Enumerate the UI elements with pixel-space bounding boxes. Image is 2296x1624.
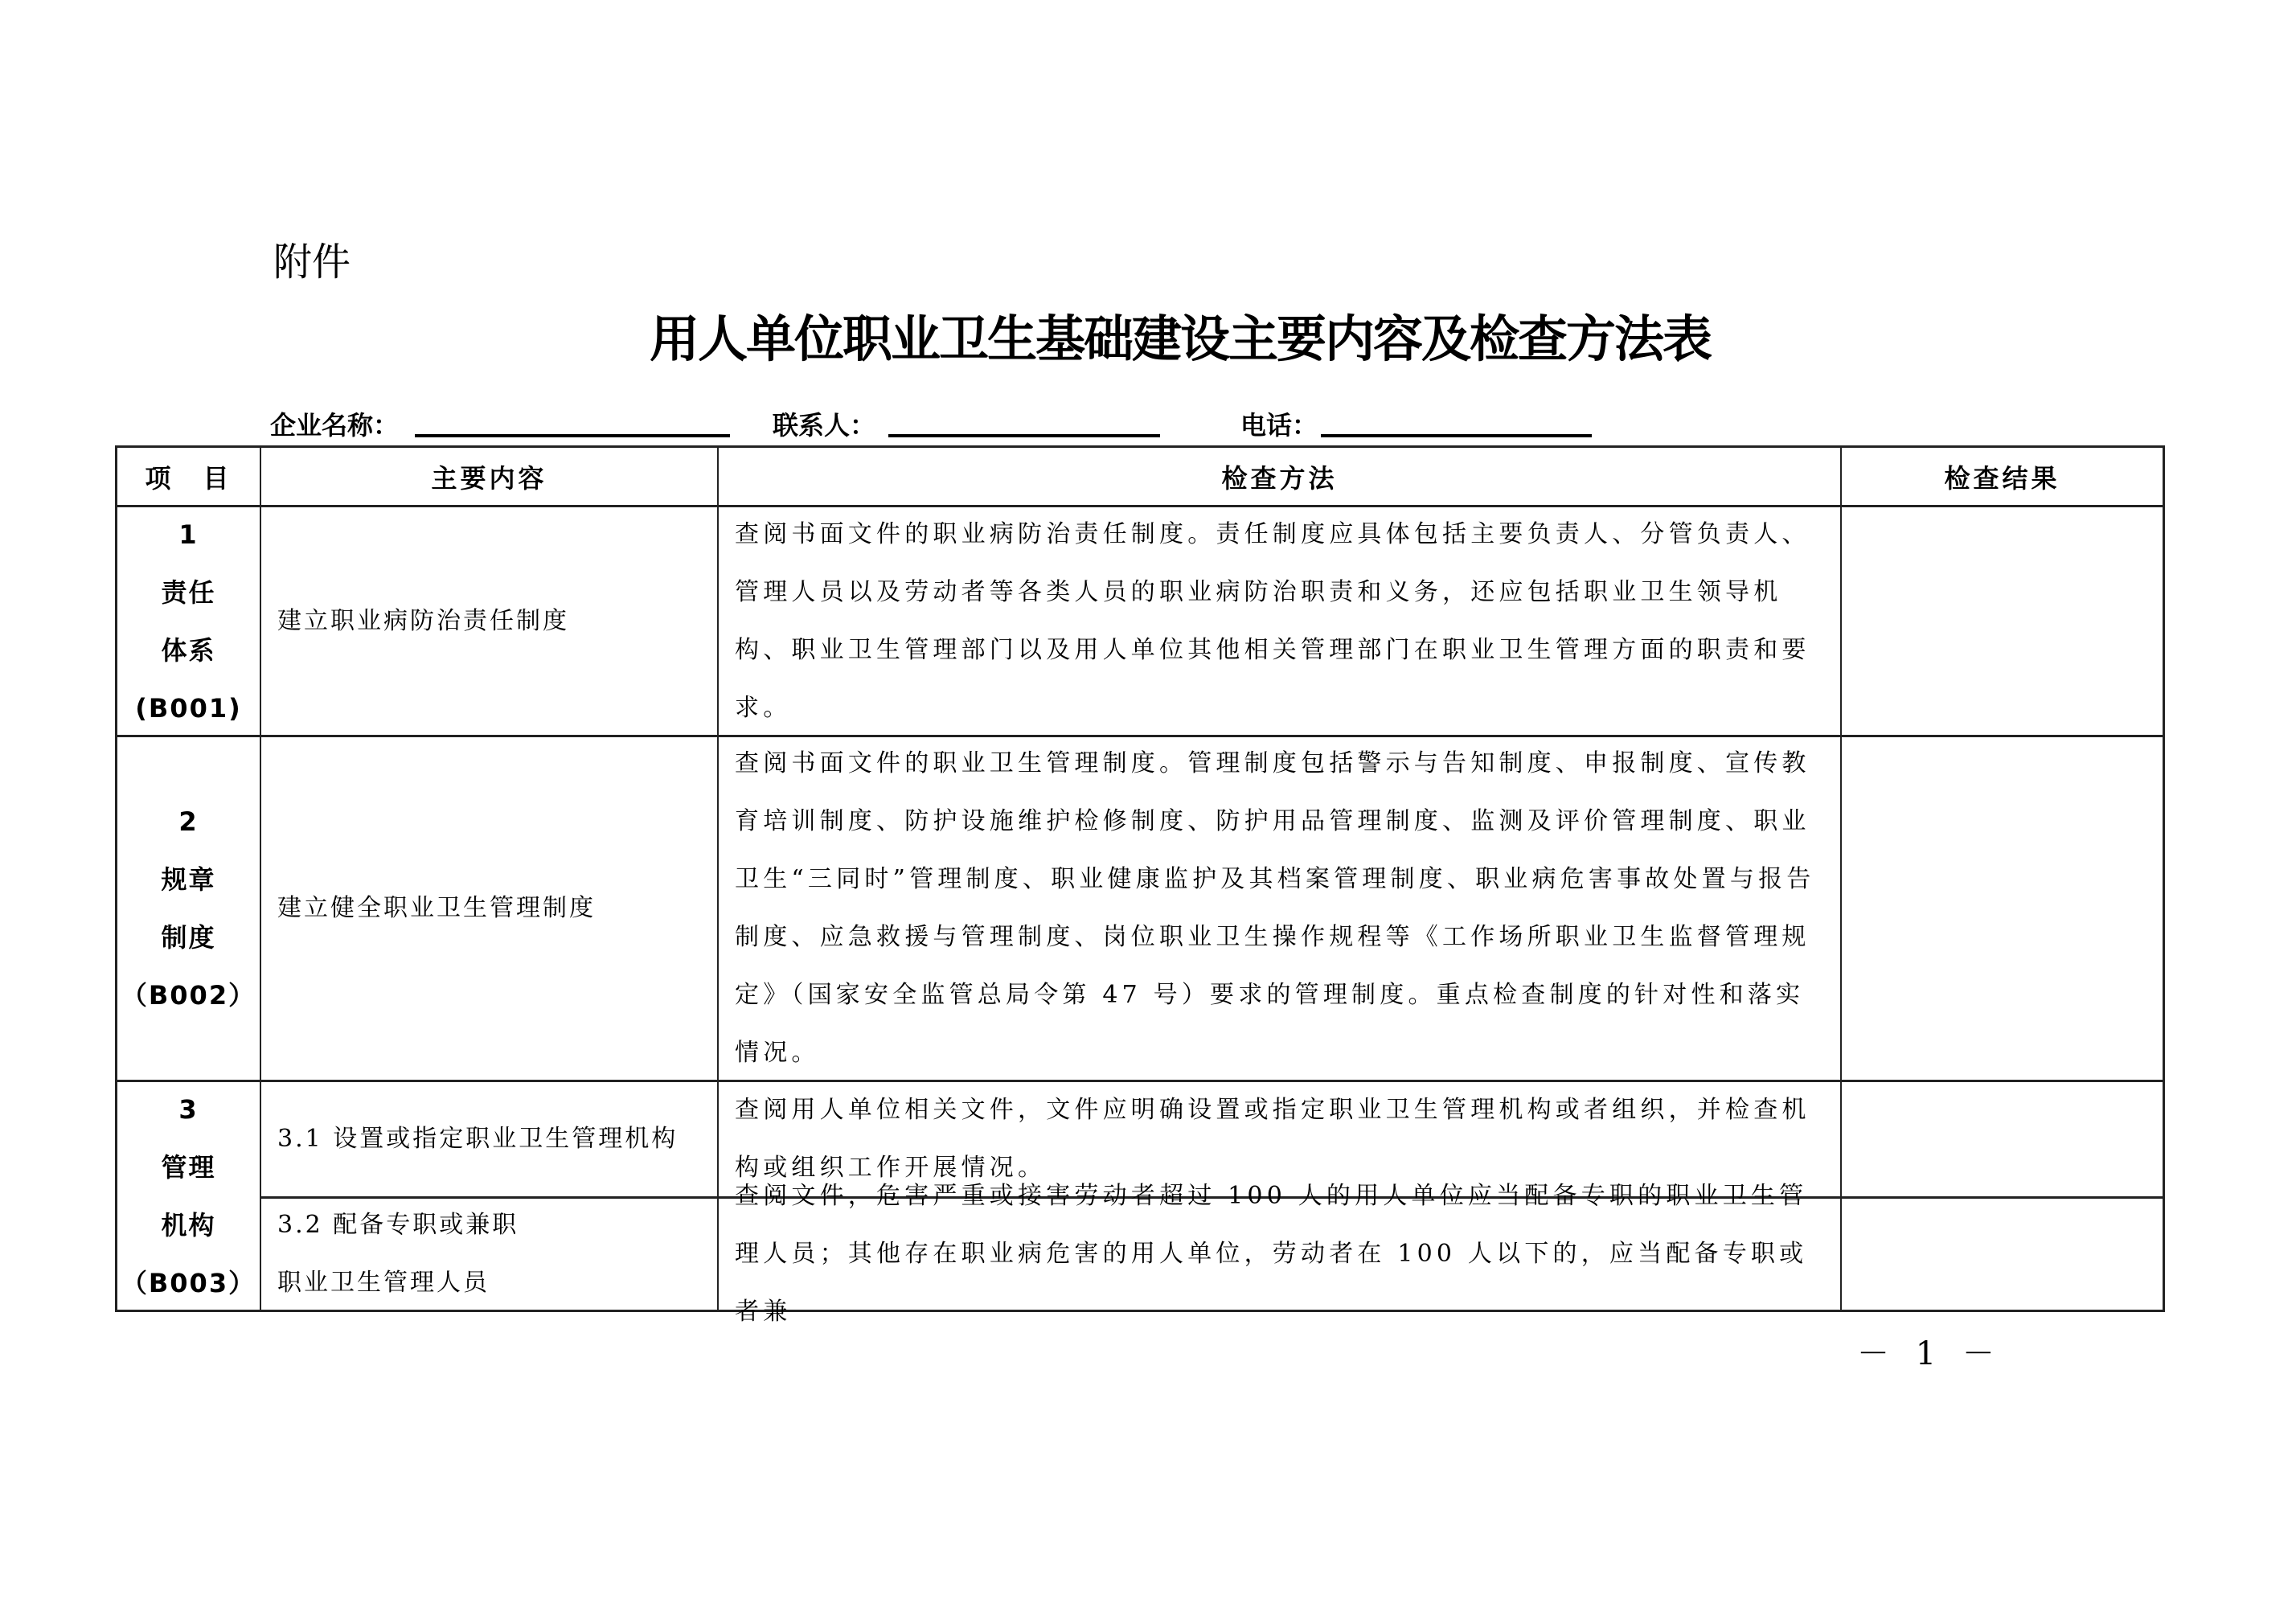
item-name: 管理 (161, 1138, 215, 1196)
item-cell-b001: 1 责任 体系 (B001) (117, 507, 260, 735)
item-code: （B002） (121, 966, 256, 1024)
company-name-field[interactable] (415, 434, 730, 437)
header-item: 项 目 (117, 448, 260, 506)
main-content-line: 职业卫生管理人员 (277, 1254, 490, 1312)
item-code: （B003） (121, 1254, 256, 1312)
attachment-label: 附件 (273, 238, 351, 286)
item-number: 2 (178, 793, 198, 851)
contact-person-field[interactable] (888, 434, 1160, 437)
item-name: 体系 (161, 621, 215, 679)
contact-person-label: 联系人： (773, 405, 875, 442)
item-name: 制度 (161, 908, 215, 966)
item-cell-b002: 2 规章 制度 （B002） (117, 737, 260, 1080)
check-method-cell: 查阅书面文件的职业病防治责任制度。责任制度应具体包括主要负责人、分管负责人、管理… (719, 507, 1840, 735)
inspection-table: 项 目 主要内容 检查方法 检查结果 1 责任 体系 (B001) 建立职业病防… (115, 445, 2165, 1312)
item-cell-b003: 3 管理 机构 （B003） (117, 1082, 260, 1310)
check-result-cell[interactable] (1842, 1199, 2163, 1310)
main-content-cell: 建立职业病防治责任制度 (261, 507, 717, 735)
main-content-line: 3.2 配备专职或兼职 (277, 1196, 519, 1254)
check-method-text: 查阅书面文件的职业病防治责任制度。责任制度应具体包括主要负责人、分管负责人、管理… (735, 506, 1826, 737)
check-result-cell[interactable] (1842, 1082, 2163, 1196)
header-check-method: 检查方法 (719, 448, 1840, 506)
company-info-form: 企业名称： 联系人： 电话： (0, 402, 2296, 442)
item-name: 规章 (161, 851, 215, 908)
main-content-cell: 3.1 设置或指定职业卫生管理机构 (261, 1082, 717, 1196)
phone-label: 电话： (1240, 405, 1318, 442)
main-content-cell: 3.2 配备专职或兼职 职业卫生管理人员 (261, 1199, 717, 1310)
page-number: － 1 － (1857, 1328, 2003, 1374)
check-method-cell: 查阅书面文件的职业卫生管理制度。管理制度包括警示与告知制度、申报制度、宣传教育培… (719, 737, 1840, 1080)
check-result-cell[interactable] (1842, 737, 2163, 1080)
item-code: (B001) (135, 679, 241, 737)
item-number: 3 (178, 1081, 198, 1138)
item-name: 机构 (161, 1196, 215, 1254)
company-name-label: 企业名称： (270, 405, 399, 442)
check-result-cell[interactable] (1842, 507, 2163, 735)
header-check-result: 检查结果 (1842, 448, 2163, 506)
item-name: 责任 (161, 564, 215, 621)
phone-field[interactable] (1321, 434, 1592, 437)
check-method-cell: 查阅文件，危害严重或接害劳动者超过 100 人的用人单位应当配备专职的职业卫生管… (719, 1199, 1840, 1310)
item-number: 1 (178, 506, 198, 564)
header-main-content: 主要内容 (261, 448, 717, 506)
main-content-cell: 建立健全职业卫生管理制度 (261, 737, 717, 1080)
check-method-text: 查阅书面文件的职业卫生管理制度。管理制度包括警示与告知制度、申报制度、宣传教育培… (735, 735, 1826, 1082)
document-title: 用人单位职业卫生基础建设主要内容及检查方法表 (642, 309, 1719, 370)
check-method-text: 查阅文件，危害严重或接害劳动者超过 100 人的用人单位应当配备专职的职业卫生管… (735, 1167, 1826, 1341)
